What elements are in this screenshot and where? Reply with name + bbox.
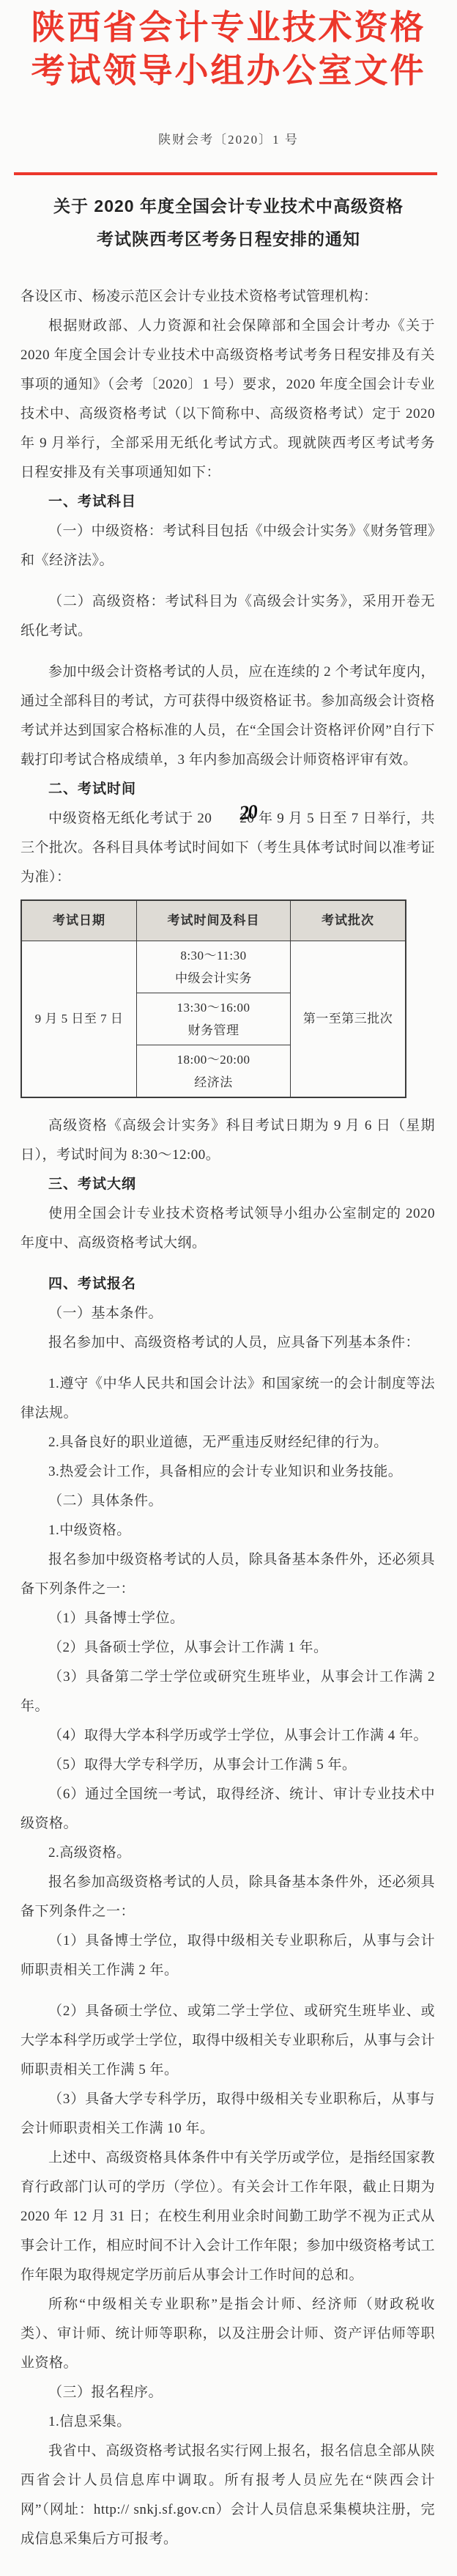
paragraph: （1）具备博士学位，取得中级相关专业职称后，从事与会计师职责相关工作满 2 年。 — [21, 1927, 435, 1985]
paragraph: 1.中级资格。 — [21, 1516, 435, 1545]
body-bottom-paragraphs: 高级资格《高级会计实务》科目考试日期为 9 月 6 日（星期日），考试时间为 8… — [21, 1111, 435, 2554]
exam-schedule-table: 考试日期 考试时间及科目 考试批次 9 月 5 日至 7 日 8:30～11:3… — [21, 899, 406, 1098]
paragraph: 根据财政部、人力资源和社会保障部和全国会计考办《关于 2020 年度全国会计专业… — [21, 312, 435, 487]
paragraph: 报名参加中、高级资格考试的人员，应具备下列基本条件： — [21, 1328, 435, 1358]
exam-session-cell: 13:30～16:00 财务管理 — [137, 993, 291, 1045]
paragraph: 2.具备良好的职业道德，无严重违反财经纪律的行为。 — [21, 1428, 435, 1457]
section-heading: 四、考试报名 — [21, 1270, 435, 1299]
paragraph: 参加中级会计资格考试的人员，应在连续的 2 个考试年度内，通过全部科目的考试，方… — [21, 658, 435, 775]
paragraph: （4）取得大学本科学历或学士学位，从事会计工作满 4 年。 — [21, 1721, 435, 1751]
red-separator-line — [14, 172, 437, 175]
paragraph: 中级资格无纸化考试于 202020 年 9 月 5 日至 7 日举行，共三个批次… — [21, 804, 435, 892]
masthead-title: 陕西省会计专业技术资格 考试领导小组办公室文件 — [0, 0, 457, 92]
paragraph: 使用全国会计专业技术资格考试领导小组办公室制定的 2020 年度中、高级资格考试… — [21, 1199, 435, 1258]
paragraph: 我省中、高级资格考试报名实行网上报名，报名信息全部从陕西省会计人员信息库中调取。… — [21, 2437, 435, 2554]
section-heading: 二、考试时间 — [21, 775, 435, 804]
exam-date-cell: 9 月 5 日至 7 日 — [21, 941, 137, 1098]
scanned-official-document: 陕西省会计专业技术资格 考试领导小组办公室文件 陕财会考〔2020〕1 号 关于… — [0, 0, 457, 2576]
paragraph: 高级资格《高级会计实务》科目考试日期为 9 月 6 日（星期日），考试时间为 8… — [21, 1111, 435, 1170]
paragraph: （二）高级资格：考试科目为《高级会计实务》，采用开卷无纸化考试。 — [21, 587, 435, 646]
exam-session-cell: 8:30～11:30 中级会计实务 — [137, 941, 291, 993]
masthead-line-1: 陕西省会计专业技术资格 — [0, 6, 457, 49]
paragraph: （二）具体条件。 — [21, 1487, 435, 1516]
handwritten-correction: 2020 — [212, 804, 254, 833]
table-row: 9 月 5 日至 7 日 8:30～11:30 中级会计实务 第一至第三批次 — [21, 941, 406, 993]
exam-session-time: 18:00～20:00 — [138, 1048, 289, 1071]
paragraph: （三）报名程序。 — [21, 2378, 435, 2407]
header-exam-batch: 考试批次 — [291, 900, 406, 941]
section-heading: 三、考试大纲 — [21, 1170, 435, 1199]
document-title-line-1: 关于 2020 年度全国会计专业技术中高级资格 — [0, 190, 457, 223]
paragraph: 上述中、高级资格具体条件中有关学历或学位，是指经国家教育行政部门认可的学历（学位… — [21, 2143, 435, 2290]
paragraph: 3.热爱会计工作，具备相应的会计专业知识和业务技能。 — [21, 1457, 435, 1487]
paragraph: 1.遵守《中华人民共和国会计法》和国家统一的会计制度等法律法规。 — [21, 1369, 435, 1428]
exam-session-time: 13:30～16:00 — [138, 996, 289, 1019]
paragraph: （一）基本条件。 — [21, 1299, 435, 1328]
masthead-line-2: 考试领导小组办公室文件 — [0, 49, 457, 92]
paragraph: （6）通过全国统一考试，取得经济、统计、审计专业技术中级资格。 — [21, 1780, 435, 1839]
paragraph: 1.信息采集。 — [21, 2407, 435, 2437]
exam-session-time: 8:30～11:30 — [138, 944, 289, 967]
table-header-row: 考试日期 考试时间及科目 考试批次 — [21, 900, 406, 941]
paragraph: （3）具备第二学士学位或研究生班毕业，从事会计工作满 2 年。 — [21, 1663, 435, 1721]
paragraph: （2）具备硕士学位，从事会计工作满 1 年。 — [21, 1633, 435, 1663]
header-exam-time-subject: 考试时间及科目 — [137, 900, 291, 941]
paragraph: 报名参加中级资格考试的人员，除具备基本条件外，还必须具备下列条件之一： — [21, 1545, 435, 1604]
paragraph: 2.高级资格。 — [21, 1839, 435, 1868]
exam-session-subject: 中级会计实务 — [138, 967, 289, 990]
paragraph: （一）中级资格：考试科目包括《中级会计实务》《财务管理》和《经济法》。 — [21, 517, 435, 575]
paragraph: （1）具备博士学位。 — [21, 1604, 435, 1633]
exam-session-cell: 18:00～20:00 经济法 — [137, 1045, 291, 1098]
paragraph: （2）具备硕士学位、或第二学士学位、或研究生班毕业、或大学本科学历或学士学位，取… — [21, 1997, 435, 2085]
exam-batch-cell: 第一至第三批次 — [291, 941, 406, 1098]
paragraph: 各设区市、杨凌示范区会计专业技术资格考试管理机构： — [21, 282, 435, 312]
document-number: 陕财会考〔2020〕1 号 — [0, 129, 457, 147]
paragraph: 报名参加高级资格考试的人员，除具备基本条件外，还必须具备下列条件之一： — [21, 1868, 435, 1927]
section-heading: 一、考试科目 — [21, 487, 435, 517]
body-top-paragraphs: 各设区市、杨凌示范区会计专业技术资格考试管理机构：根据财政部、人力资源和社会保障… — [21, 282, 435, 892]
exam-session-subject: 财务管理 — [138, 1019, 289, 1042]
header-exam-date: 考试日期 — [21, 900, 137, 941]
document-title-line-2: 考试陕西考区考务日程安排的通知 — [0, 223, 457, 256]
document-title: 关于 2020 年度全国会计专业技术中高级资格 考试陕西考区考务日程安排的通知 — [0, 190, 457, 256]
paragraph: （5）取得大学专科学历，从事会计工作满 5 年。 — [21, 1751, 435, 1780]
exam-session-subject: 经济法 — [138, 1071, 289, 1094]
document-body: 各设区市、杨凌示范区会计专业技术资格考试管理机构：根据财政部、人力资源和社会保障… — [0, 256, 457, 2576]
paragraph: （3）具备大学专科学历，取得中级相关专业职称后，从事与会计师职责相关工作满 10… — [21, 2085, 435, 2143]
paragraph: 所称“中级相关专业职称”是指会计师、经济师（财政税收类）、审计师、统计师等职称，… — [21, 2290, 435, 2378]
